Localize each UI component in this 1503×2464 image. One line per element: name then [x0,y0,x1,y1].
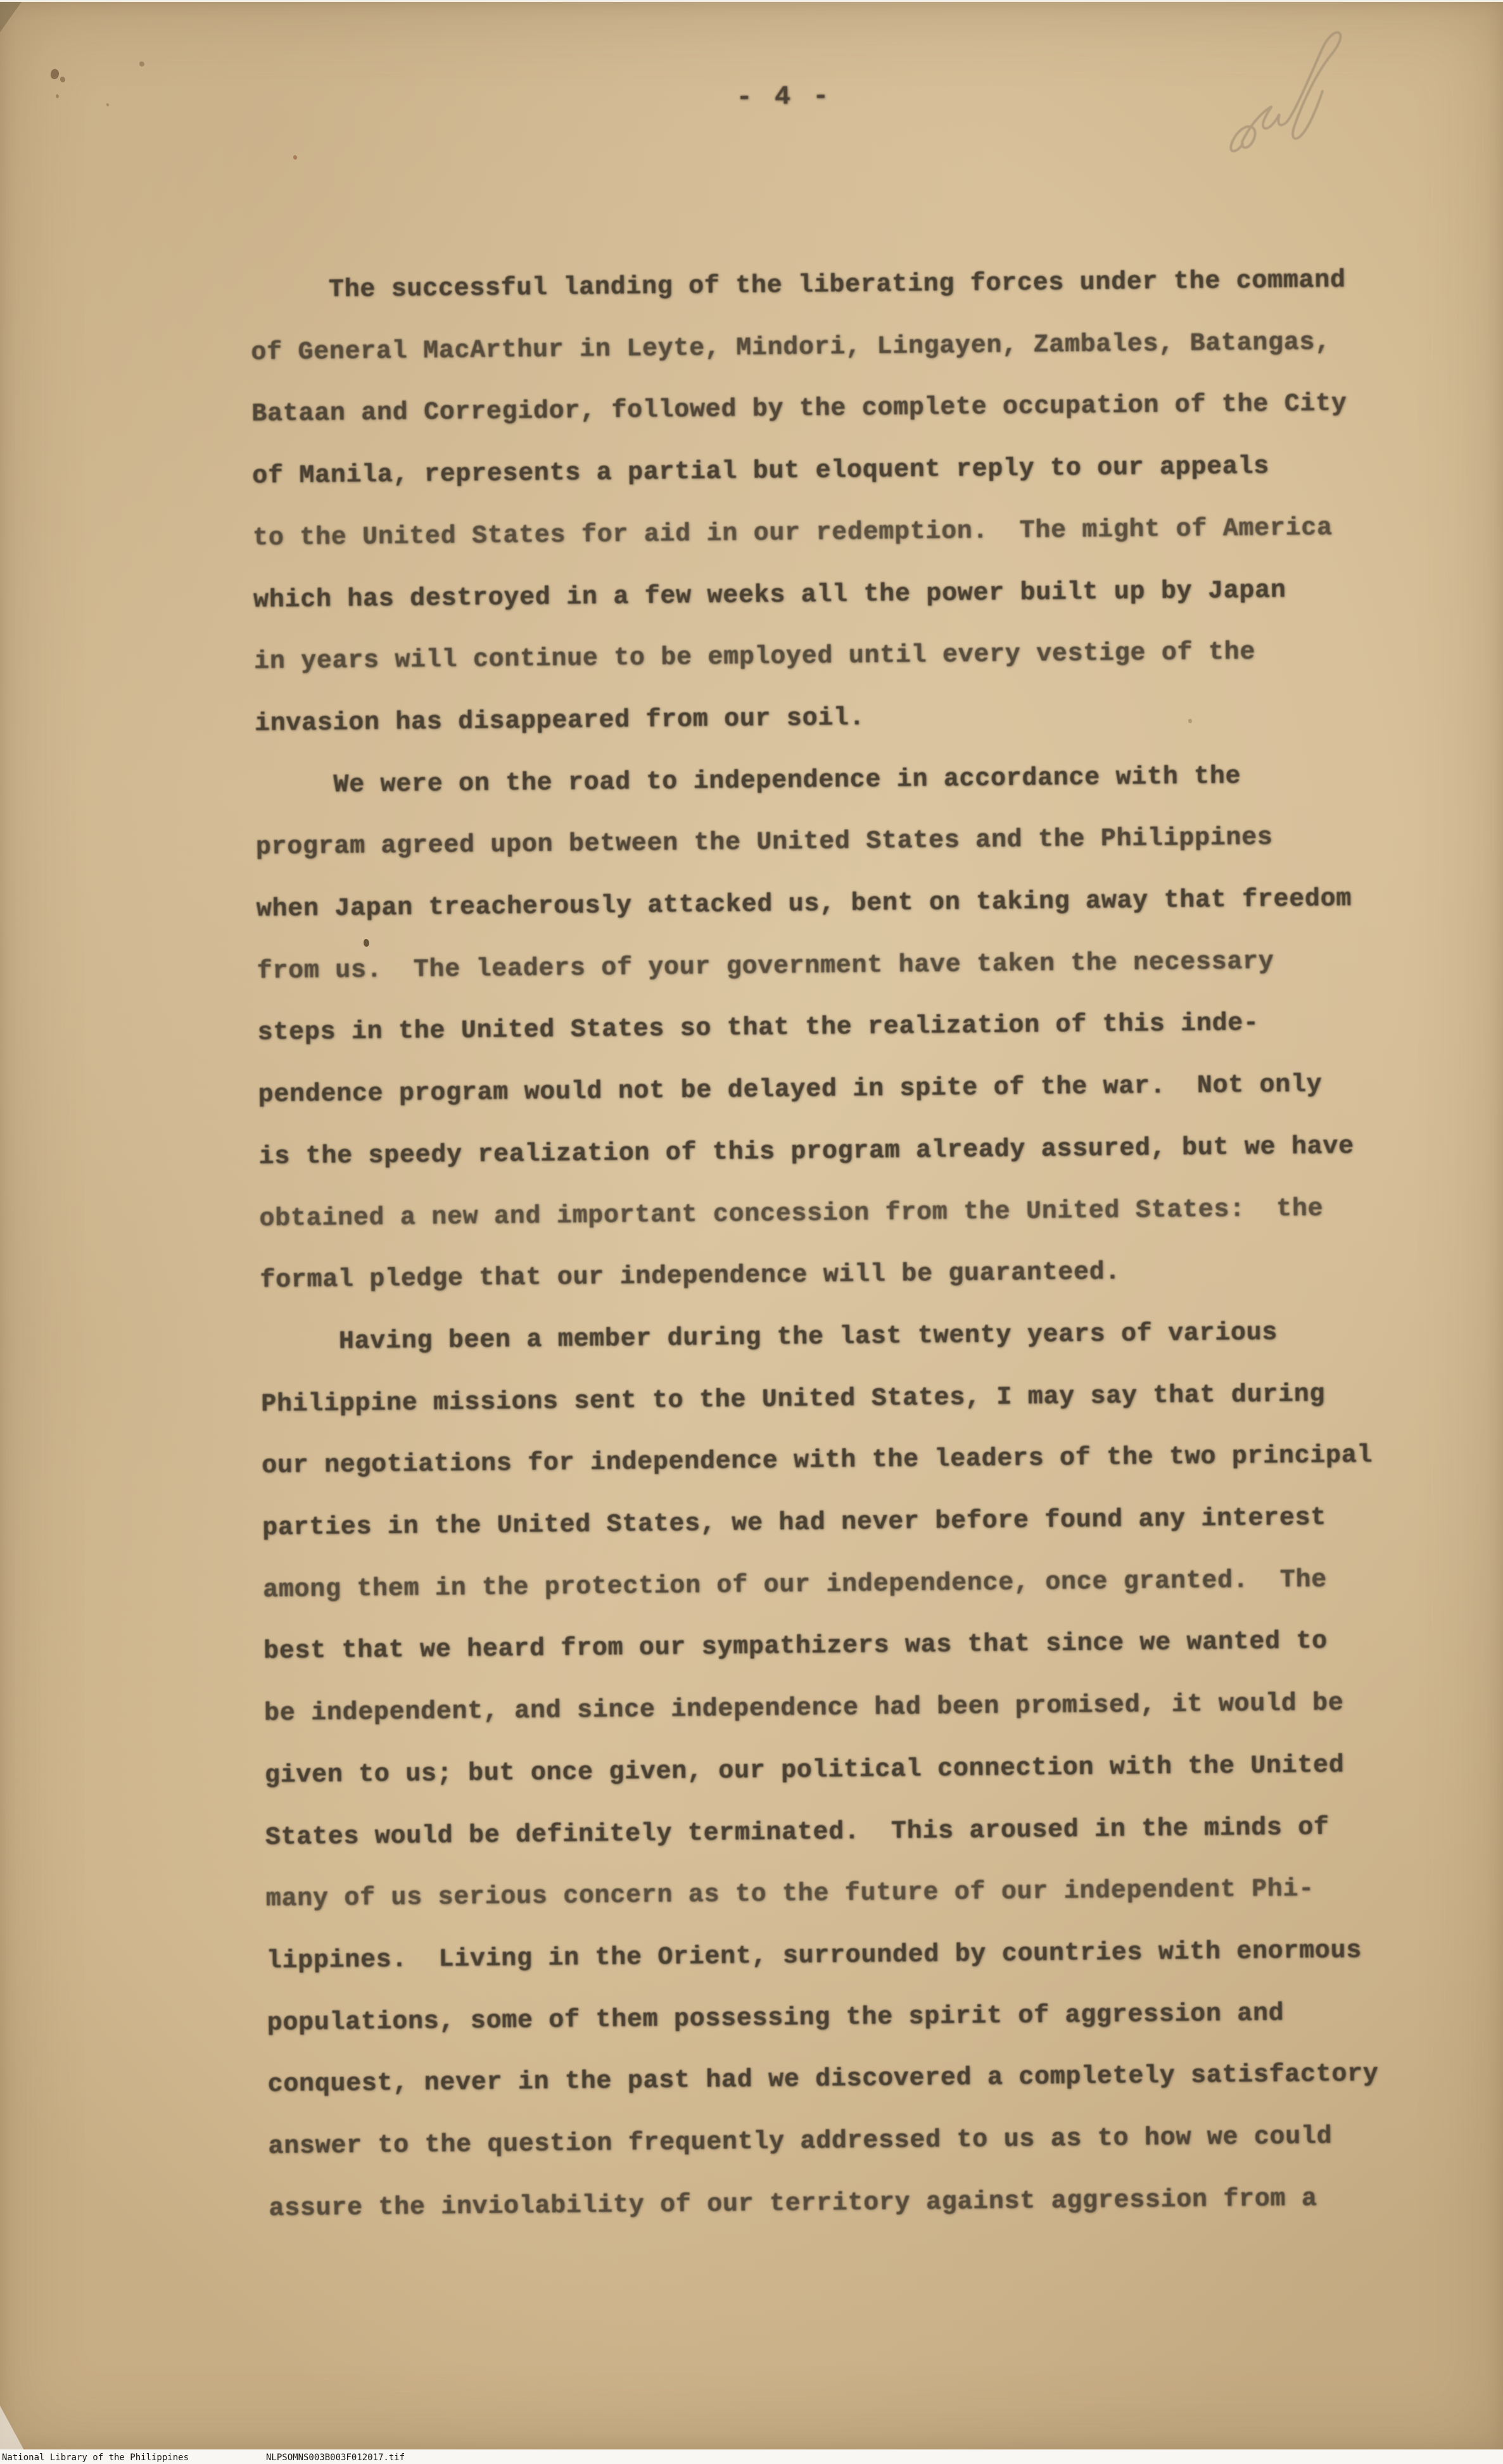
ink-speck [293,155,297,160]
scan-footer: National Library of the Philippines NLPS… [0,2449,1503,2464]
document-line: obtained a new and important concession … [259,1178,1379,1251]
document-line: of General MacArthur in Leyte, Mindori, … [251,312,1371,384]
ink-speck [60,77,65,82]
pencil-scribble-mark [1221,20,1348,165]
document-line: Having been a member during the last twe… [260,1301,1381,1374]
document-line: formal pledge that our independence will… [260,1239,1380,1312]
document-line: steps in the United States so that the r… [257,992,1378,1065]
document-line: best that we heard from our sympathizers… [263,1610,1384,1683]
document-line: our negotiations for independence with t… [262,1425,1382,1498]
document-line: pendence program would not be delayed in… [258,1054,1378,1127]
document-body-text: The successful landing of the liberating… [250,250,1389,2240]
document-line: lippines. Living in the Orient, surround… [266,1920,1386,1993]
library-name: National Library of the Philippines [2,2453,189,2463]
ink-speck [56,94,59,98]
document-line: is the speedy realization of this progra… [258,1116,1379,1189]
ink-speck [49,68,60,80]
scan-filename: NLPSOMNS003B003F012017.tif [266,2453,405,2463]
document-line: answer to the question frequently addres… [268,2106,1388,2178]
ink-speck [139,61,144,66]
ink-speck [106,103,109,106]
document-line: from us. The leaders of your government … [257,930,1377,1003]
document-line: Bataan and Corregidor, followed by the c… [251,373,1372,446]
document-line: The successful landing of the liberating… [250,250,1371,322]
document-line: given to us; but once given, our politic… [265,1734,1385,1807]
document-line: in years will continue to be employed un… [254,621,1374,693]
page-corner-shadow [0,2,22,32]
document-line: States would be definitely terminated. T… [265,1796,1385,1869]
scanned-document-page: - 4 - The successful landing of the libe… [0,2,1503,2450]
document-line: which has destroyed in a few weeks all t… [253,559,1374,632]
document-line: of Manila, represents a partial but eloq… [252,435,1373,508]
document-line: Philippine missions sent to the United S… [261,1363,1381,1436]
page-number: - 4 - [708,80,861,113]
document-line: assure the inviolability of our territor… [269,2168,1389,2240]
document-line: populations, some of them possessing the… [267,1982,1387,2055]
document-line: among them in the protection of our inde… [263,1549,1383,1622]
document-line: when Japan treacherously attacked us, be… [256,868,1376,941]
document-line: to the United States for aid in our rede… [253,497,1373,570]
document-line: many of us serious concern as to the fut… [265,1858,1386,1931]
document-line: program agreed upon between the United S… [255,806,1376,879]
document-line: conquest, never in the past had we disco… [267,2044,1388,2116]
document-line: We were on the road to independence in a… [255,745,1376,818]
document-line: be independent, and since independence h… [264,1672,1385,1745]
document-line: invasion has disappeared from our soil. [255,683,1375,755]
page-corner-nick [0,2406,24,2450]
document-line: parties in the United States, we had nev… [262,1487,1383,1560]
